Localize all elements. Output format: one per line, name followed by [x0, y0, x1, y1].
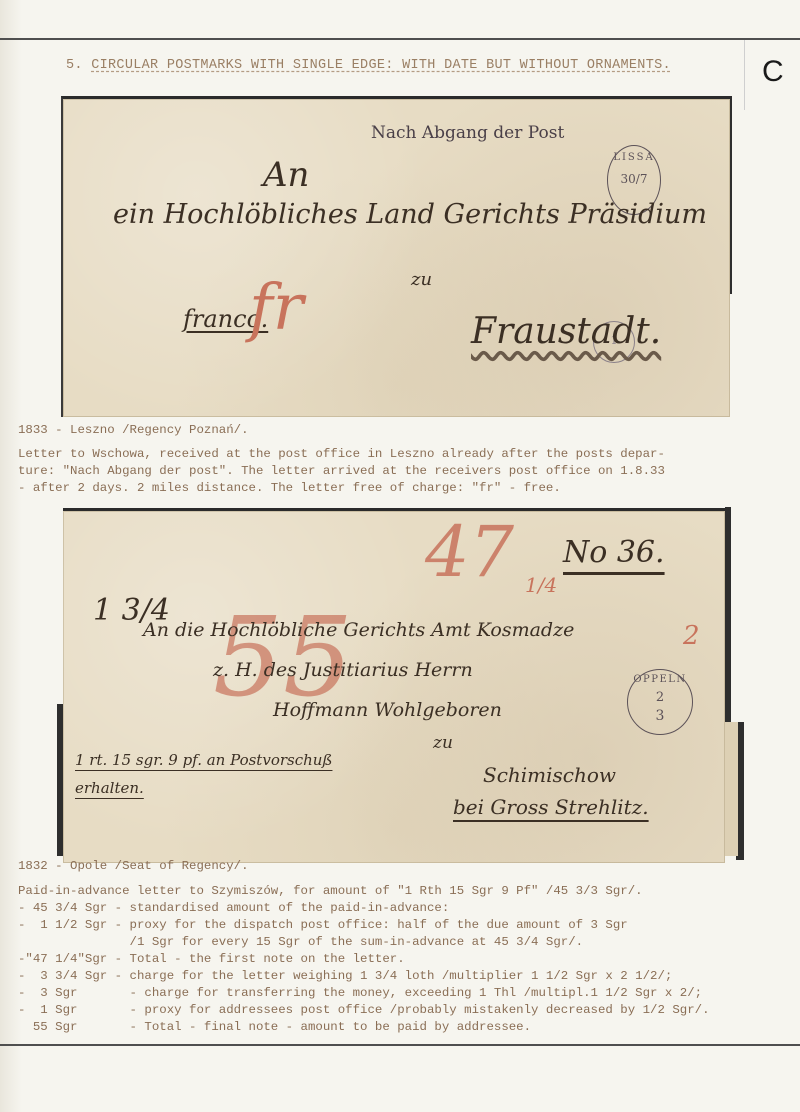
cover2-address-line: Hoffmann Wohlgeboren [273, 699, 502, 721]
cover2-caption-line: 55 Sgr - Total - final note - amount to … [18, 1019, 531, 1035]
cover2-caption-line: Paid-in-advance letter to Szymiszów, for… [18, 883, 643, 899]
cover2-red-amount-47: 47 [425, 511, 514, 593]
cover1-address-an: An [263, 155, 309, 195]
cover2-address-line: z. H. des Justitiarius Herrn [213, 659, 473, 681]
postmark-date: 30/7 [608, 172, 660, 186]
cover1-handstamp: Nach Abgang der Post [371, 123, 564, 143]
cover2-address-line: Schimischow [483, 763, 616, 787]
cover2-caption-line: - 3 Sgr - charge for transferring the mo… [18, 985, 702, 1001]
cover1-address-zu: zu [411, 269, 432, 290]
section-number: 5. [66, 58, 91, 73]
cover2-address-line: bei Gross Strehlitz. [453, 795, 649, 819]
section-title: 5. CIRCULAR POSTMARKS WITH SINGLE EDGE: … [66, 58, 671, 73]
cover1-caption-heading: 1833 - Leszno /Regency Poznań/. [18, 422, 249, 438]
cover2-envelope: 47 1/4 55 2 No 36. 1 3/4 An die Hochlöbl… [63, 508, 725, 863]
cover2-address-line: An die Hochlöbliche Gerichts Amt Kosmadz… [143, 619, 574, 641]
cover1-address-city: Fraustadt. [471, 311, 661, 352]
cover2-number: No 36. [563, 535, 665, 570]
cover2-address-line: zu [433, 733, 453, 753]
cover2-caption-line: - 3 3/4 Sgr - charge for the letter weig… [18, 968, 672, 984]
cover1-caption-line: - after 2 days. 2 miles distance. The le… [18, 480, 561, 496]
letter-box-divider [744, 40, 745, 110]
postmark-month: 3 [628, 708, 692, 724]
cover1-caption-line: ture: "Nach Abgang der post". The letter… [18, 463, 665, 479]
postmark-town: OPPELN [628, 674, 692, 685]
cover2-red-mark-2: 2 [683, 621, 700, 651]
cover1-caption-line: Letter to Wschowa, received at the post … [18, 446, 665, 462]
page-letter: C [762, 55, 784, 89]
postmark-day: 2 [628, 690, 692, 705]
cover2-postmark-oppeln: OPPELN 2 3 [627, 669, 693, 735]
cover2-caption-line: - 1 Sgr - proxy for addressees post offi… [18, 1002, 710, 1018]
cover2-note-line: erhalten. [75, 779, 144, 797]
cover2-caption-line: -"47 1/4"Sgr - Total - the first note on… [18, 951, 405, 967]
cover2-caption-line: - 1 1/2 Sgr - proxy for the dispatch pos… [18, 917, 628, 933]
top-rule [0, 38, 800, 40]
cover1-red-mark: fr [249, 271, 303, 345]
cover2-caption-line: - 45 3/4 Sgr - standardised amount of th… [18, 900, 449, 916]
section-title-text: CIRCULAR POSTMARKS WITH SINGLE EDGE: WIT… [91, 58, 671, 73]
postmark-town: LISSA [608, 152, 660, 163]
cover2-caption-line: /1 Sgr for every 15 Sgr of the sum-in-ad… [18, 934, 583, 950]
cover2-right-edge [725, 507, 731, 725]
bottom-rule [0, 1044, 800, 1046]
cover2-red-fraction: 1/4 [525, 573, 557, 597]
cover1-envelope: Nach Abgang der Post LISSA 30/7 1 An ein… [61, 96, 730, 417]
cover1-address-line: ein Hochlöbliches Land Gerichts Präsidiu… [113, 199, 707, 230]
cover2-note-line: 1 rt. 15 sgr. 9 pf. an Postvorschuß [75, 751, 332, 769]
cover2-caption-heading: 1832 - Opole /Seat of Regency/. [18, 858, 249, 874]
